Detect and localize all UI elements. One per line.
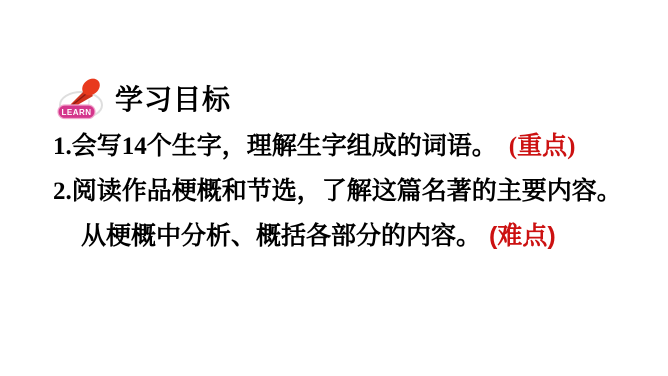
objective-line: 1.会写14个生字，理解生字组成的词语。(重点) [53,124,643,169]
text-segment: 阅读作品梗概和节选，了解这篇名著的主要内容。 [72,177,622,205]
text-segment: 1. [53,133,72,160]
text-segment: 从梗概中分析、概括各部分的内容。 [81,222,481,250]
text-segment: 2. [53,178,72,205]
objective-line: 从梗概中分析、概括各部分的内容。(难点) [53,214,643,258]
objectives-list: 1.会写14个生字，理解生字组成的词语。(重点)2.阅读作品梗概和节选，了解这篇… [53,124,643,258]
learn-badge-icon: LEARN [56,74,104,122]
text-segment: 14 [122,133,147,160]
text-segment: 个生字，理解生字组成的词语。 [147,132,497,160]
objective-line: 2.阅读作品梗概和节选，了解这篇名著的主要内容。 [53,169,643,214]
keypoint-tag: (重点) [509,133,576,160]
presentation-slide: LEARN 学习目标 1.会写14个生字，理解生字组成的词语。(重点)2.阅读作… [0,0,668,376]
keypoint-tag: (难点) [489,222,556,250]
learn-banner-label: LEARN [61,108,91,117]
page-title: 学习目标 [115,78,231,118]
header: LEARN 学习目标 [56,74,231,122]
text-segment: 会写 [72,132,122,160]
